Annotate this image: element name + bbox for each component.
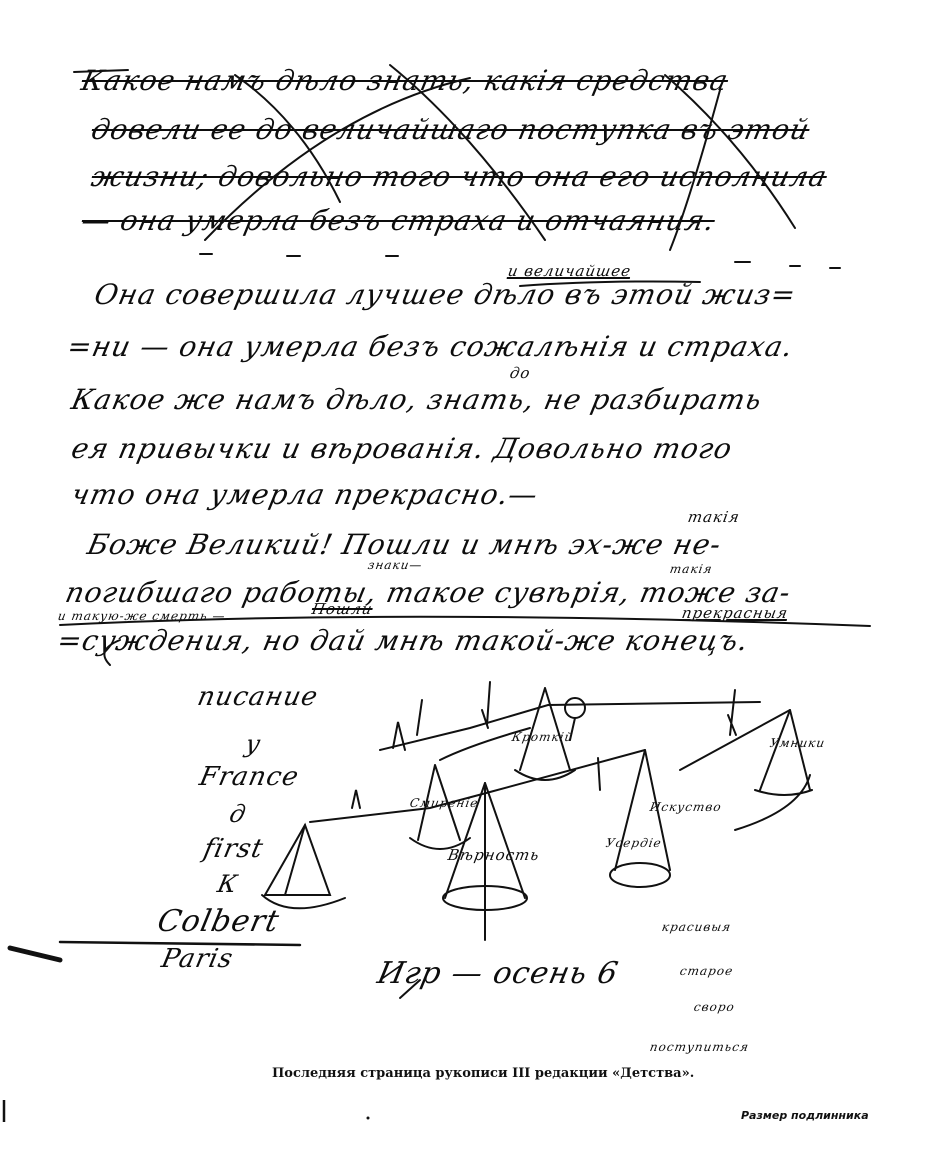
scale-label-5: Искуство (649, 800, 723, 814)
sketch-word-1: писание (195, 682, 321, 712)
scale-label-1: Кроткій (511, 730, 575, 744)
sketch-word-2: у (243, 730, 264, 758)
manuscript-line-5: Она совершила лучшее дѣло въ этой жиз= (91, 278, 799, 311)
scale-label-7: Умники (769, 736, 827, 750)
sketch-word-3: France (197, 762, 302, 792)
sketch-word-6: К (215, 870, 241, 898)
insertion-above-line-10: такія (686, 508, 741, 526)
manuscript-page: Какое намъ дѣло знать, какія средства до… (0, 0, 940, 1159)
manuscript-line-12: =суждения, но дай мнѣ такой-же конецъ. (54, 624, 752, 657)
manuscript-line-1: Какое намъ дѣло знать, какія средства (78, 64, 731, 97)
insertion-above-line-7: до (508, 364, 532, 382)
size-note-caption: Размер подлинника (741, 1109, 869, 1122)
scale-label-4: Усердіе (605, 836, 663, 850)
insertion-b-line-12: прекрасныя (680, 604, 789, 622)
scale-label-3: Вѣрность (446, 846, 541, 864)
scale-label-2: Смиренiе (409, 796, 480, 810)
manuscript-line-3: жизни; довольно того что она его исполни… (88, 160, 830, 193)
manuscript-line-2: довели ее до величайшаго поступка въ это… (88, 113, 812, 146)
bottom-scribble: Игр — осень 6 (374, 956, 621, 991)
sketch-word-7: Colbert (154, 904, 282, 939)
manuscript-line-4: — она умерла безъ страха и отчаяния. (78, 204, 718, 237)
printed-caption: Последняя страница рукописи III редакции… (272, 1066, 694, 1081)
sketch-word-5: first (201, 834, 267, 864)
insertion-left-line-11: знаки— (367, 558, 424, 572)
right-word-3: своро (693, 1000, 736, 1014)
manuscript-line-6: =ни — она умерла безъ сожалѣнія и страха… (64, 330, 796, 363)
sketch-word-8: Paris (159, 944, 236, 974)
manuscript-line-7: Какое же намъ дѣло, знать, не разбирать (68, 383, 765, 416)
right-word-2: старое (679, 964, 735, 978)
insertion-right-line-11: такія (669, 562, 714, 576)
right-word-1: красивыя (661, 920, 733, 934)
sketch-word-4: д (227, 800, 249, 828)
insertion-a-line-12: Пошли (310, 600, 374, 618)
right-word-4: поступиться (649, 1040, 751, 1054)
manuscript-line-9: что она умерла прекрасно.— (68, 478, 541, 511)
manuscript-line-8: ея привычки и вѣрованія. Довольно того (68, 432, 735, 465)
manuscript-line-10: Боже Великий! Пошли и мнѣ эх-же не- (84, 528, 724, 561)
margin-insertion-line-12: и такую-же смерть.— (57, 609, 227, 623)
